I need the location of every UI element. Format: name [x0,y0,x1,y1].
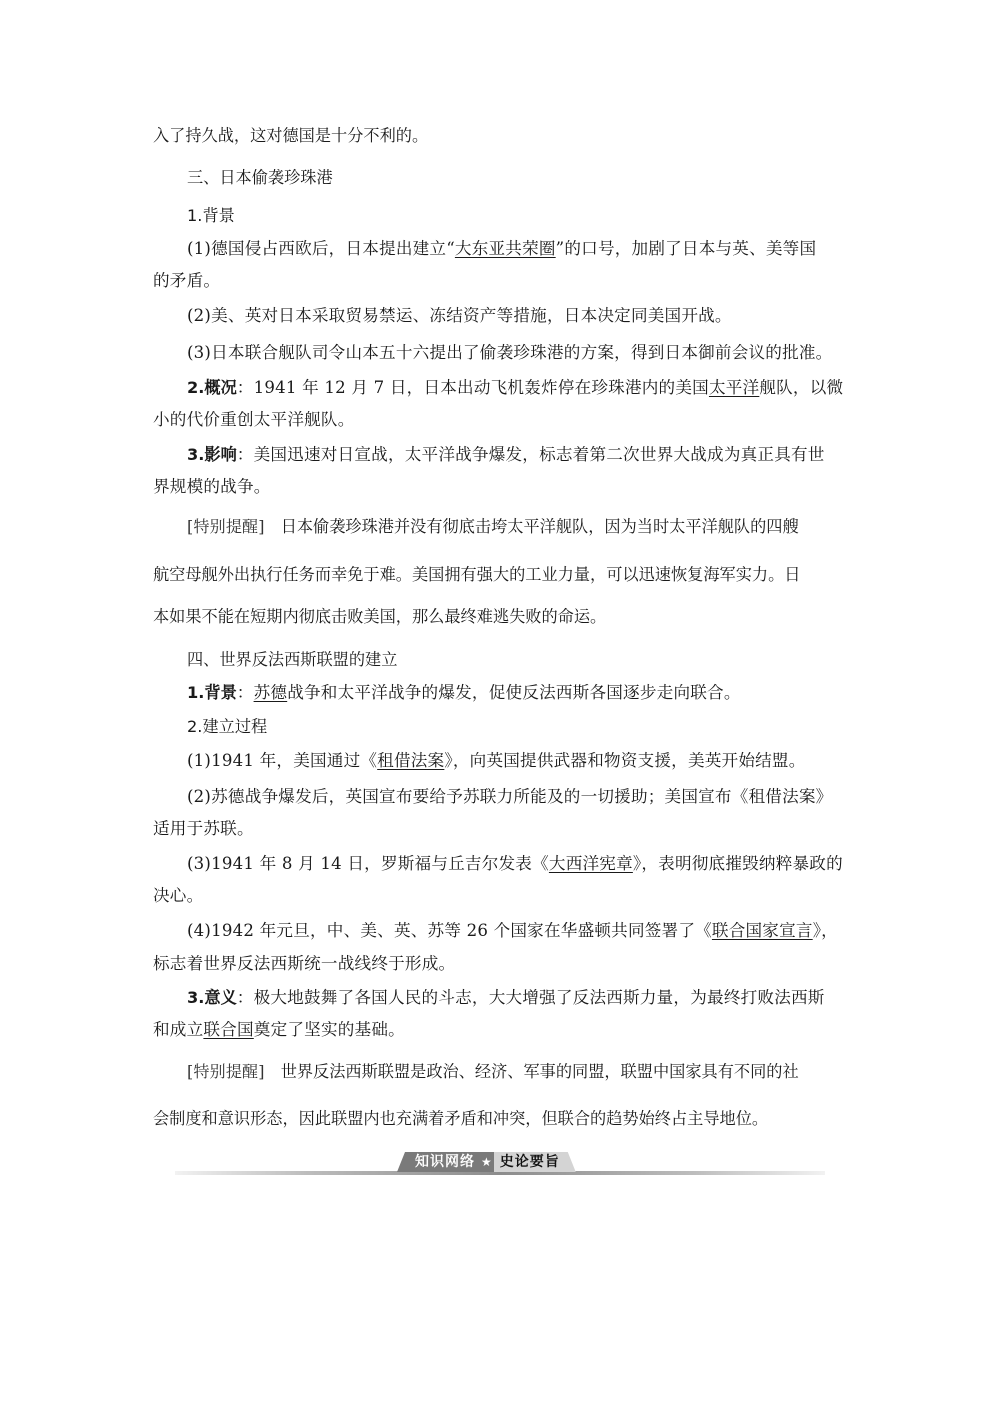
impact-text: ：美国迅速对日宣战，太平洋战争爆发，标志着第二次世界大战成为真正具有世 [237,445,825,464]
tip-text: 日本偷袭珍珠港并没有彻底击垮太平洋舰队，因为当时太平洋舰队的四艘 [281,517,799,536]
item4-prefix: (4)1942 年元旦，中、美、英、苏等 26 个国家在华盛顿共同签署了《 [187,921,712,940]
section-banner: 知识网络 ★ 史论要旨 [175,1152,825,1178]
item1-suffix: 》，向英国提供武器和物资支援，美英开始结盟。 [444,751,805,770]
section3-heading: 三、日本偷袭珍珠港 [153,167,850,189]
banner-knowledge-network: 知识网络 [397,1152,481,1172]
banner-history-theory: 史论要旨 [494,1152,576,1172]
overview-label: 2.概况 [187,378,237,397]
section4-item2-line1: (2)苏德战争爆发后，英国宣布要给予苏联力所能及的一切援助；美国宣布《租借法案》 [153,786,850,808]
star-icon: ★ [481,1152,494,1172]
section3-item1-line1: (1)德国侵占西欧后，日本提出建立“大东亚共荣圈”的口号，加剧了日本与英、美等国 [153,238,850,260]
section4-background: 1.背景：苏德战争和太平洋战争的爆发，促使反法西斯各国逐步走向联合。 [153,682,850,704]
section4-significance-line2: 和成立联合国奠定了坚实的基础。 [153,1019,850,1041]
section3-overview-line2: 小的代价重创太平洋舰队。 [153,409,850,431]
section4-item3-line1: (3)1941 年 8 月 14 日，罗斯福与丘吉尔发表《大西洋宪章》，表明彻底… [153,853,850,875]
section3-item1-line2: 的矛盾。 [153,270,850,292]
special-reminder-label: [特别提醒] [187,1062,265,1081]
significance-line2-suffix: 奠定了坚实的基础。 [254,1020,405,1039]
section3-item3: (3)日本联合舰队司令山本五十六提出了偷袭珍珠港的方案，得到日本御前会议的批准。 [153,342,850,364]
item4-suffix: 》， [813,921,838,940]
section4-item1: (1)1941 年，美国通过《租借法案》，向英国提供武器和物资支援，美英开始结盟… [153,750,850,772]
continuation-text: 入了持久战，这对德国是十分不利的。 [153,125,850,147]
section3-tip-line3: 本如果不能在短期内彻底击败美国，那么最终难逃失败的命运。 [153,606,850,628]
key-term-lend-lease: 租借法案 [377,751,444,770]
special-reminder-label: [特别提醒] [187,517,265,536]
background-label: 1.背景 [187,683,237,702]
section3-impact-line2: 界规模的战争。 [153,476,850,498]
section3-tip-line1: [特别提醒]日本偷袭珍珠港并没有彻底击垮太平洋舰队，因为当时太平洋舰队的四艘 [153,516,850,538]
item1-prefix: (1)1941 年，美国通过《 [187,751,377,770]
background-colon: ： [237,683,254,702]
significance-text: ：极大地鼓舞了各国人民的斗志，大大增强了反法西斯力量，为最终打败法西斯 [237,988,825,1007]
section4-item3-line2: 决心。 [153,885,850,907]
significance-line2-prefix: 和成立 [153,1020,203,1039]
section3-impact-line1: 3.影响：美国迅速对日宣战，太平洋战争爆发，标志着第二次世界大战成为真正具有世 [153,444,850,466]
key-term-un-declaration: 联合国家宣言 [712,921,813,940]
section4-item2-line2: 适用于苏联。 [153,818,850,840]
section4-item4-line1: (4)1942 年元旦，中、美、英、苏等 26 个国家在华盛顿共同签署了《联合国… [153,920,850,942]
item3-suffix: 》，表明彻底摧毁纳粹暴政的 [633,854,843,873]
section3-tip-line2: 航空母舰外出执行任务而幸免于难。美国拥有强大的工业力量，可以迅速恢复海军实力。日 [153,564,850,586]
tip-text: 世界反法西斯联盟是政治、经济、军事的同盟，联盟中国家具有不同的社 [281,1062,799,1081]
key-term-atlantic-charter: 大西洋宪章 [549,854,633,873]
process-heading-text: 2.建立过程 [187,717,267,736]
significance-label: 3.意义 [187,988,237,1007]
impact-label: 3.影响 [187,445,237,464]
section4-significance-line1: 3.意义：极大地鼓舞了各国人民的斗志，大大增强了反法西斯力量，为最终打败法西斯 [153,987,850,1009]
key-term-greater-east-asia: 大东亚共荣圈 [455,239,556,258]
section3-background-heading: 1.背景 [153,205,850,227]
section4-tip-line2: 会制度和意识形态，因此联盟内也充满着矛盾和冲突，但联合的趋势始终占主导地位。 [153,1108,850,1130]
overview-suffix: 舰队，以微 [759,378,843,397]
section4-item4-line2: 标志着世界反法西斯统一战线终于形成。 [153,953,850,975]
key-term-soviet-german: 苏德 [254,683,288,702]
continuation-text-content: 入了持久战，这对德国是十分不利的。 [153,126,428,145]
background-suffix: 战争和太平洋战争的爆发，促使反法西斯各国逐步走向联合。 [287,683,740,702]
section3-item2: (2)美、英对日本采取贸易禁运、冻结资产等措施，日本决定同美国开战。 [153,305,850,327]
item1-suffix: ”的口号，加剧了日本与英、美等国 [556,239,817,258]
section4-process-heading: 2.建立过程 [153,716,850,738]
section4-heading: 四、世界反法西斯联盟的建立 [153,649,850,671]
section3-overview-line1: 2.概况：1941 年 12 月 7 日，日本出动飞机轰炸停在珍珠港内的美国太平… [153,377,850,399]
item1-prefix: (1)德国侵占西欧后，日本提出建立“ [187,239,455,258]
banner-tab: 知识网络 ★ 史论要旨 [397,1152,576,1172]
item3-prefix: (3)1941 年 8 月 14 日，罗斯福与丘吉尔发表《 [187,854,549,873]
overview-prefix: ：1941 年 12 月 7 日，日本出动飞机轰炸停在珍珠港内的美国 [237,378,709,397]
key-term-united-nations: 联合国 [203,1020,253,1039]
background-heading-text: 1.背景 [187,206,235,225]
section4-tip-line1: [特别提醒]世界反法西斯联盟是政治、经济、军事的同盟，联盟中国家具有不同的社 [153,1061,850,1083]
key-term-pacific: 太平洋 [709,378,759,397]
